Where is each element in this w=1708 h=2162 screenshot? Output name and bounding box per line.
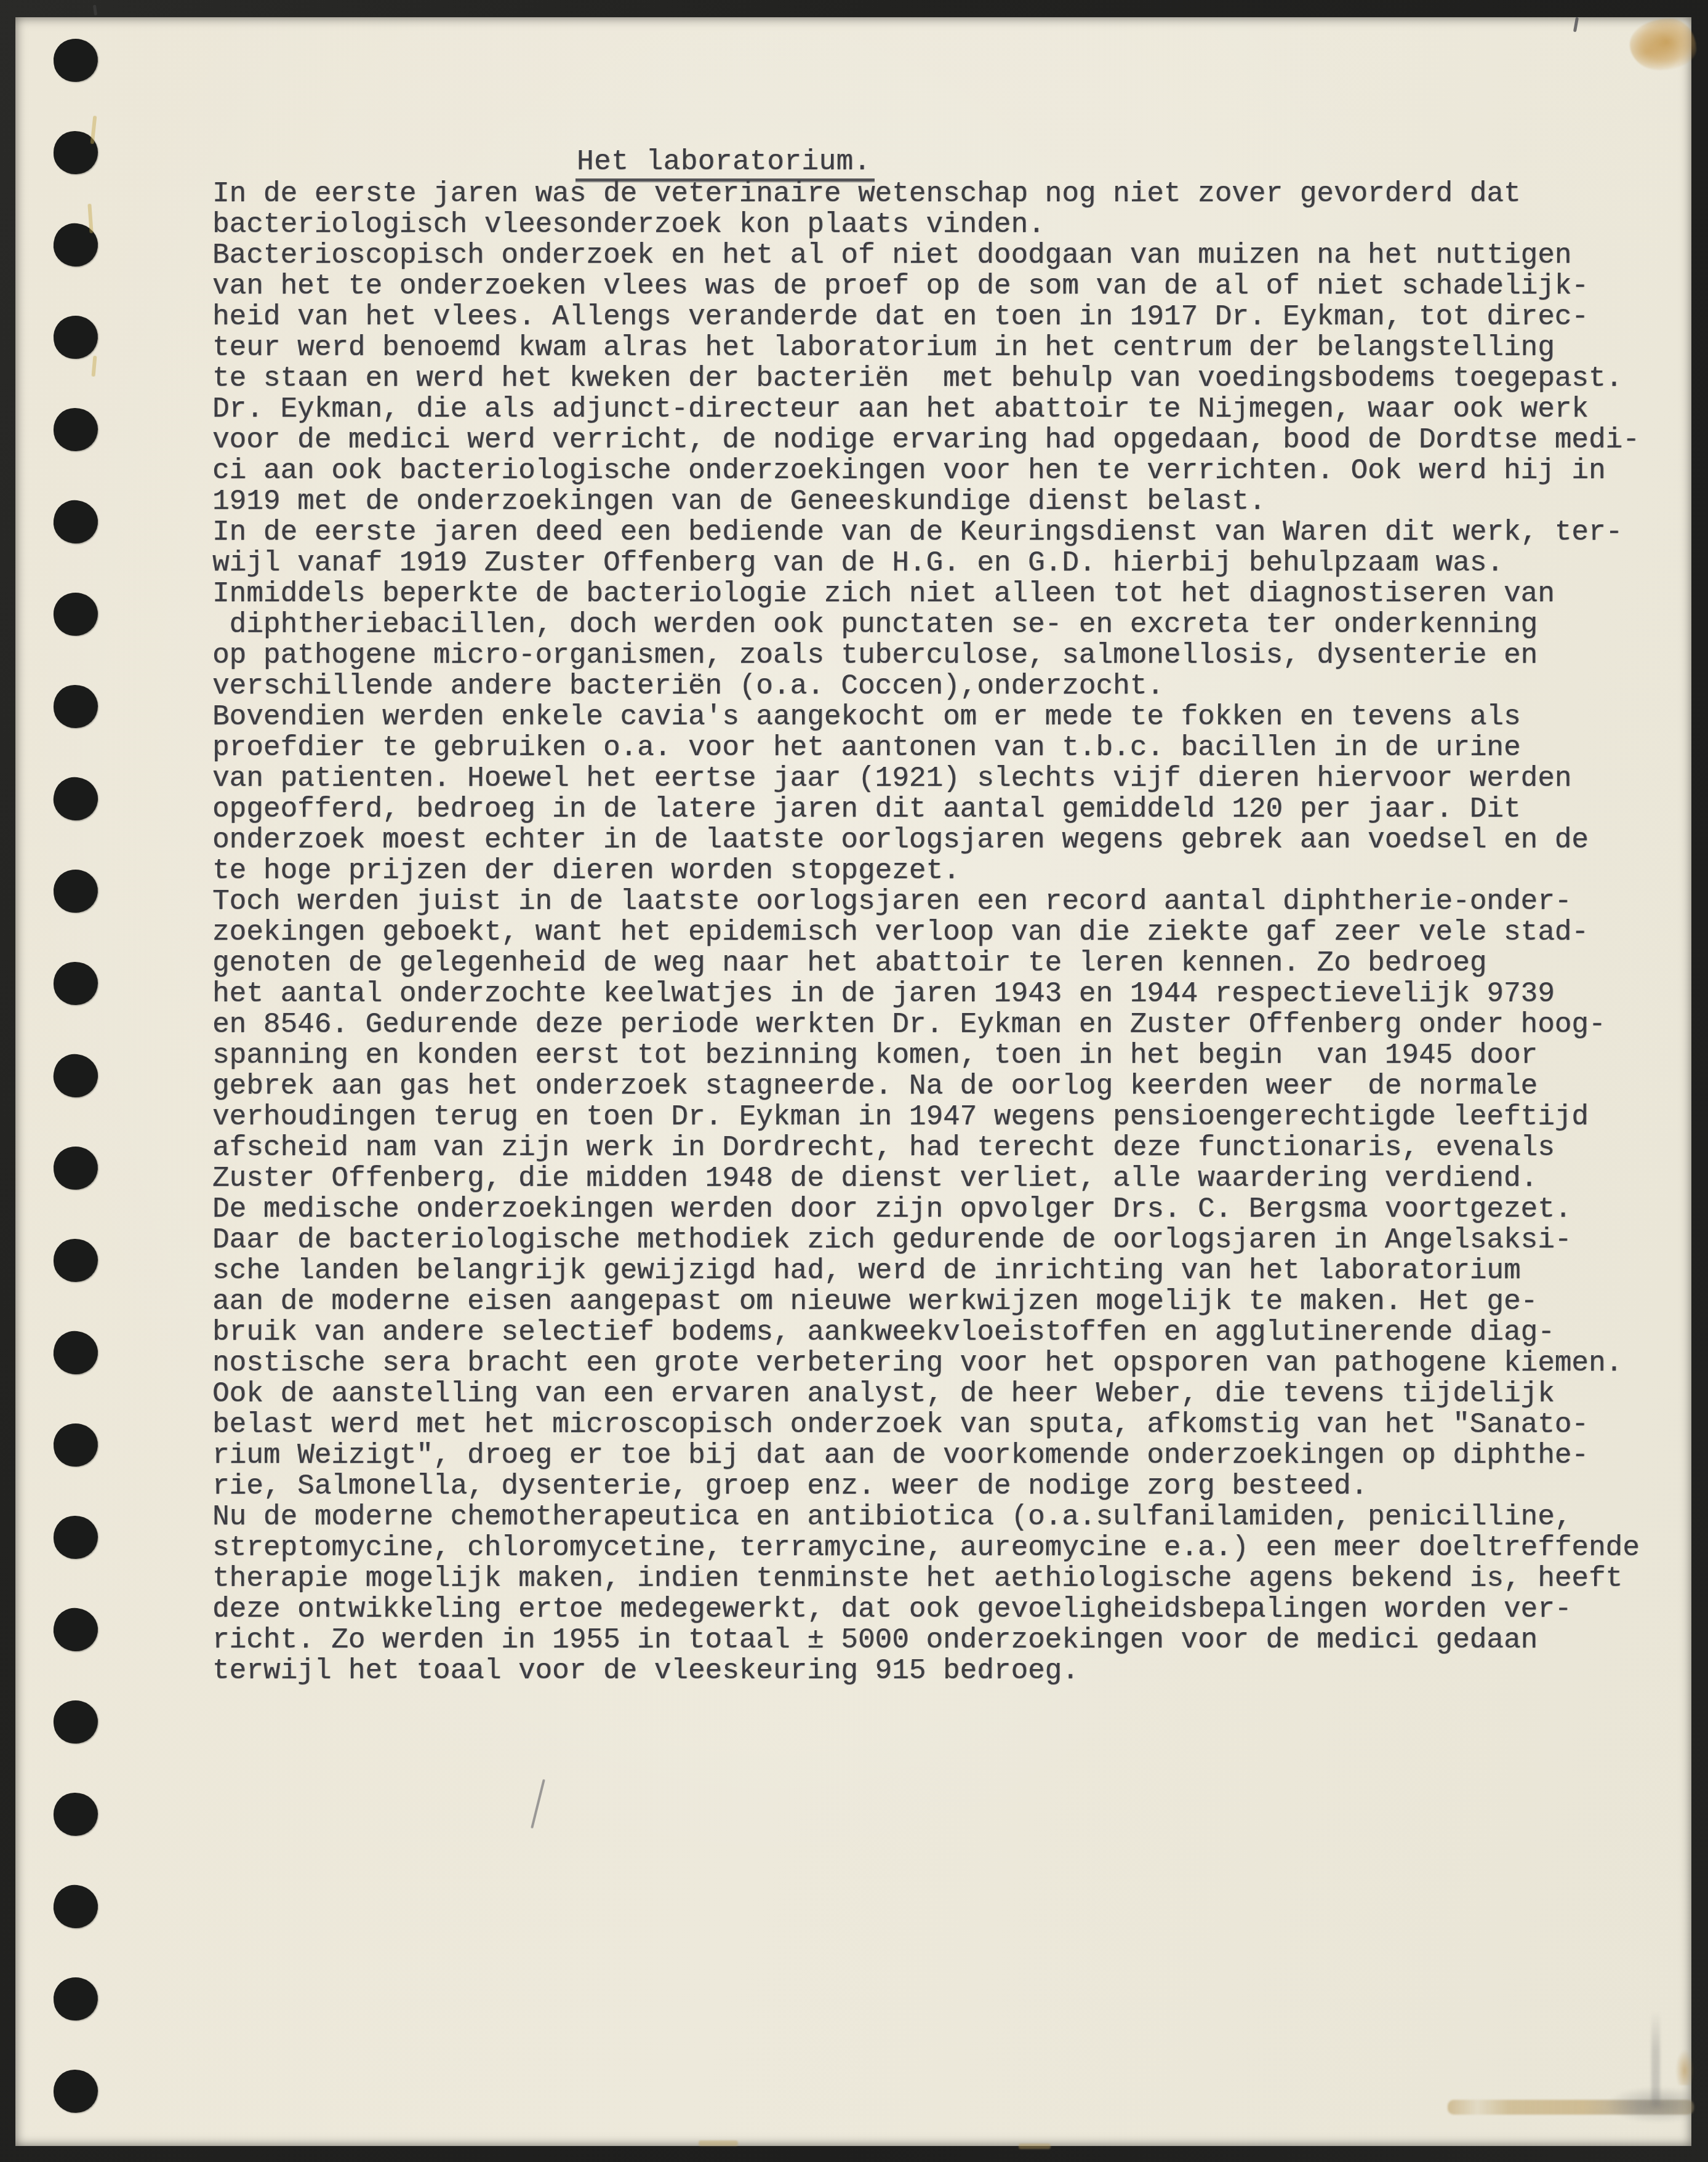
text-line: Inmiddels beperkte de bacteriologie zich… (212, 579, 1690, 609)
text-line: De medische onderzoekingen werden door z… (212, 1194, 1690, 1225)
punch-hole (54, 962, 98, 1005)
text-line: ci aan ook bacteriologische onderzoeking… (212, 455, 1690, 486)
bottom-edge-stain-dash (699, 2140, 738, 2146)
punch-hole (51, 1329, 100, 1377)
text-line: diphtheriebacillen, doch werden ook punc… (212, 609, 1690, 640)
text-line: spanning en konden eerst tot bezinning k… (212, 1040, 1690, 1071)
punch-hole (51, 1883, 100, 1931)
text-line: In de eerste jaren deed een bediende van… (212, 517, 1690, 548)
text-line: nostische sera bracht een grote verbeter… (212, 1348, 1690, 1379)
text-line: sche landen belangrijk gewijzigd had, we… (212, 1255, 1690, 1286)
punch-hole (54, 1793, 98, 1836)
punch-hole (51, 775, 100, 823)
text-line: bruik van andere selectief bodems, aankw… (212, 1317, 1690, 1348)
text-line: op pathogene micro-organismen, zoals tub… (212, 640, 1690, 671)
text-line: proefdier te gebruiken o.a. voor het aan… (212, 732, 1690, 763)
punch-hole (51, 36, 100, 84)
text-line: Toch werden juist in de laatste oorlogsj… (212, 886, 1690, 917)
punch-hole (51, 1698, 100, 1746)
text-line: opgeofferd, bedroeg in de latere jaren d… (212, 794, 1690, 825)
text-line: 1919 met de onderzoekingen van de Genees… (212, 486, 1690, 517)
text-line: Nu de moderne chemotherapeutica en antib… (212, 1502, 1690, 1532)
punch-hole (51, 867, 100, 915)
text-line: heid van het vlees. Allengs veranderde d… (212, 302, 1690, 332)
punch-hole (51, 1975, 100, 2023)
text-line: In de eerste jaren was de veterinaire we… (212, 178, 1690, 209)
tan-stain (1630, 18, 1696, 70)
text-line: richt. Zo werden in 1955 in totaal ± 500… (212, 1625, 1690, 1656)
yellow-pencil-tick (92, 356, 97, 377)
text-line: gebrek aan gas het onderzoek stagneerde.… (212, 1071, 1690, 1102)
text-line: Dr. Eykman, die als adjunct-directeur aa… (212, 394, 1690, 425)
punch-hole (51, 1606, 100, 1654)
text-line: verschillende andere bacteriën (o.a. Coc… (212, 671, 1690, 702)
punch-hole (51, 313, 100, 361)
text-line: te hoge prijzen der dieren worden stopge… (212, 855, 1690, 886)
text-line: terwijl het toaal voor de vleeskeuring 9… (212, 1656, 1690, 1686)
text-line: voor de medici werd verricht, de nodige … (212, 425, 1690, 455)
punch-hole (51, 590, 100, 638)
bottom-edge-stain-dash (1019, 2144, 1051, 2149)
text-line: deze ontwikkeling ertoe medegewerkt, dat… (212, 1594, 1690, 1625)
punch-hole (51, 498, 100, 546)
bottom-gray-smudge (1606, 2086, 1693, 2123)
text-line: teur werd benoemd kwam alras het laborat… (212, 332, 1690, 363)
text-line: afscheid nam van zijn werk in Dordrecht,… (212, 1132, 1690, 1163)
text-line: streptomycine, chloromycetine, terramyci… (212, 1532, 1690, 1563)
tan-drip-stain (1675, 2049, 1694, 2085)
text-line: onderzoek moest echter in de laatste oor… (212, 825, 1690, 855)
text-line: zoekingen geboekt, want het epidemisch v… (212, 917, 1690, 948)
text-line: te staan en werd het kweken der bacterië… (212, 363, 1690, 394)
text-line: het aantal onderzochte keelwatjes in de … (212, 979, 1690, 1009)
text-line: bacteriologisch vleesonderzoek kon plaat… (212, 209, 1690, 240)
yellow-pencil-tick (90, 116, 97, 144)
punch-hole (51, 1144, 100, 1192)
text-line: en 8546. Gedurende deze periode werkten … (212, 1009, 1690, 1040)
text-line: belast werd met het microscopisch onderz… (212, 1409, 1690, 1440)
punch-hole (54, 408, 98, 451)
text-line: genoten de gelegenheid de weg naar het a… (212, 948, 1690, 979)
vertical-gray-smudge (1651, 2011, 1660, 2110)
punch-hole (54, 685, 98, 728)
text-line: Bovendien werden enkele cavia's aangekoc… (212, 702, 1690, 732)
punch-hole (51, 1052, 100, 1100)
text-line: therapie mogelijk maken, indien tenminst… (212, 1563, 1690, 1594)
text-line: rie, Salmonella, dysenterie, groep enz. … (212, 1471, 1690, 1502)
text-line: verhoudingen terug en toen Dr. Eykman in… (212, 1102, 1690, 1132)
text-line: Bacterioscopisch onderzoek en het al of … (212, 240, 1690, 271)
text-line: aan de moderne eisen aangepast om nieuwe… (212, 1286, 1690, 1317)
text-line: Ook de aanstelling van een ervaren analy… (212, 1379, 1690, 1409)
scanned-document-page: { "page": { "kind": "scanned typewritten… (0, 0, 1708, 2162)
document-body-text: In de eerste jaren was de veterinaire we… (212, 178, 1690, 1686)
text-line: rium Weizigt", droeg er toe bij dat aan … (212, 1440, 1690, 1471)
punch-hole (51, 1421, 100, 1469)
text-line: wijl vanaf 1919 Zuster Offenberg van de … (212, 548, 1690, 579)
punch-hole (54, 1239, 98, 1282)
page-title: Het laboratorium. (575, 146, 875, 182)
punch-hole (54, 1516, 98, 1559)
text-line: Zuster Offenberg, die midden 1948 de die… (212, 1163, 1690, 1194)
text-line: van patienten. Hoewel het eertse jaar (1… (212, 763, 1690, 794)
text-line: van het te onderzoeken vlees was de proe… (212, 271, 1690, 302)
punch-hole (54, 2070, 98, 2113)
text-line: Daar de bacteriologische methodiek zich … (212, 1225, 1690, 1255)
